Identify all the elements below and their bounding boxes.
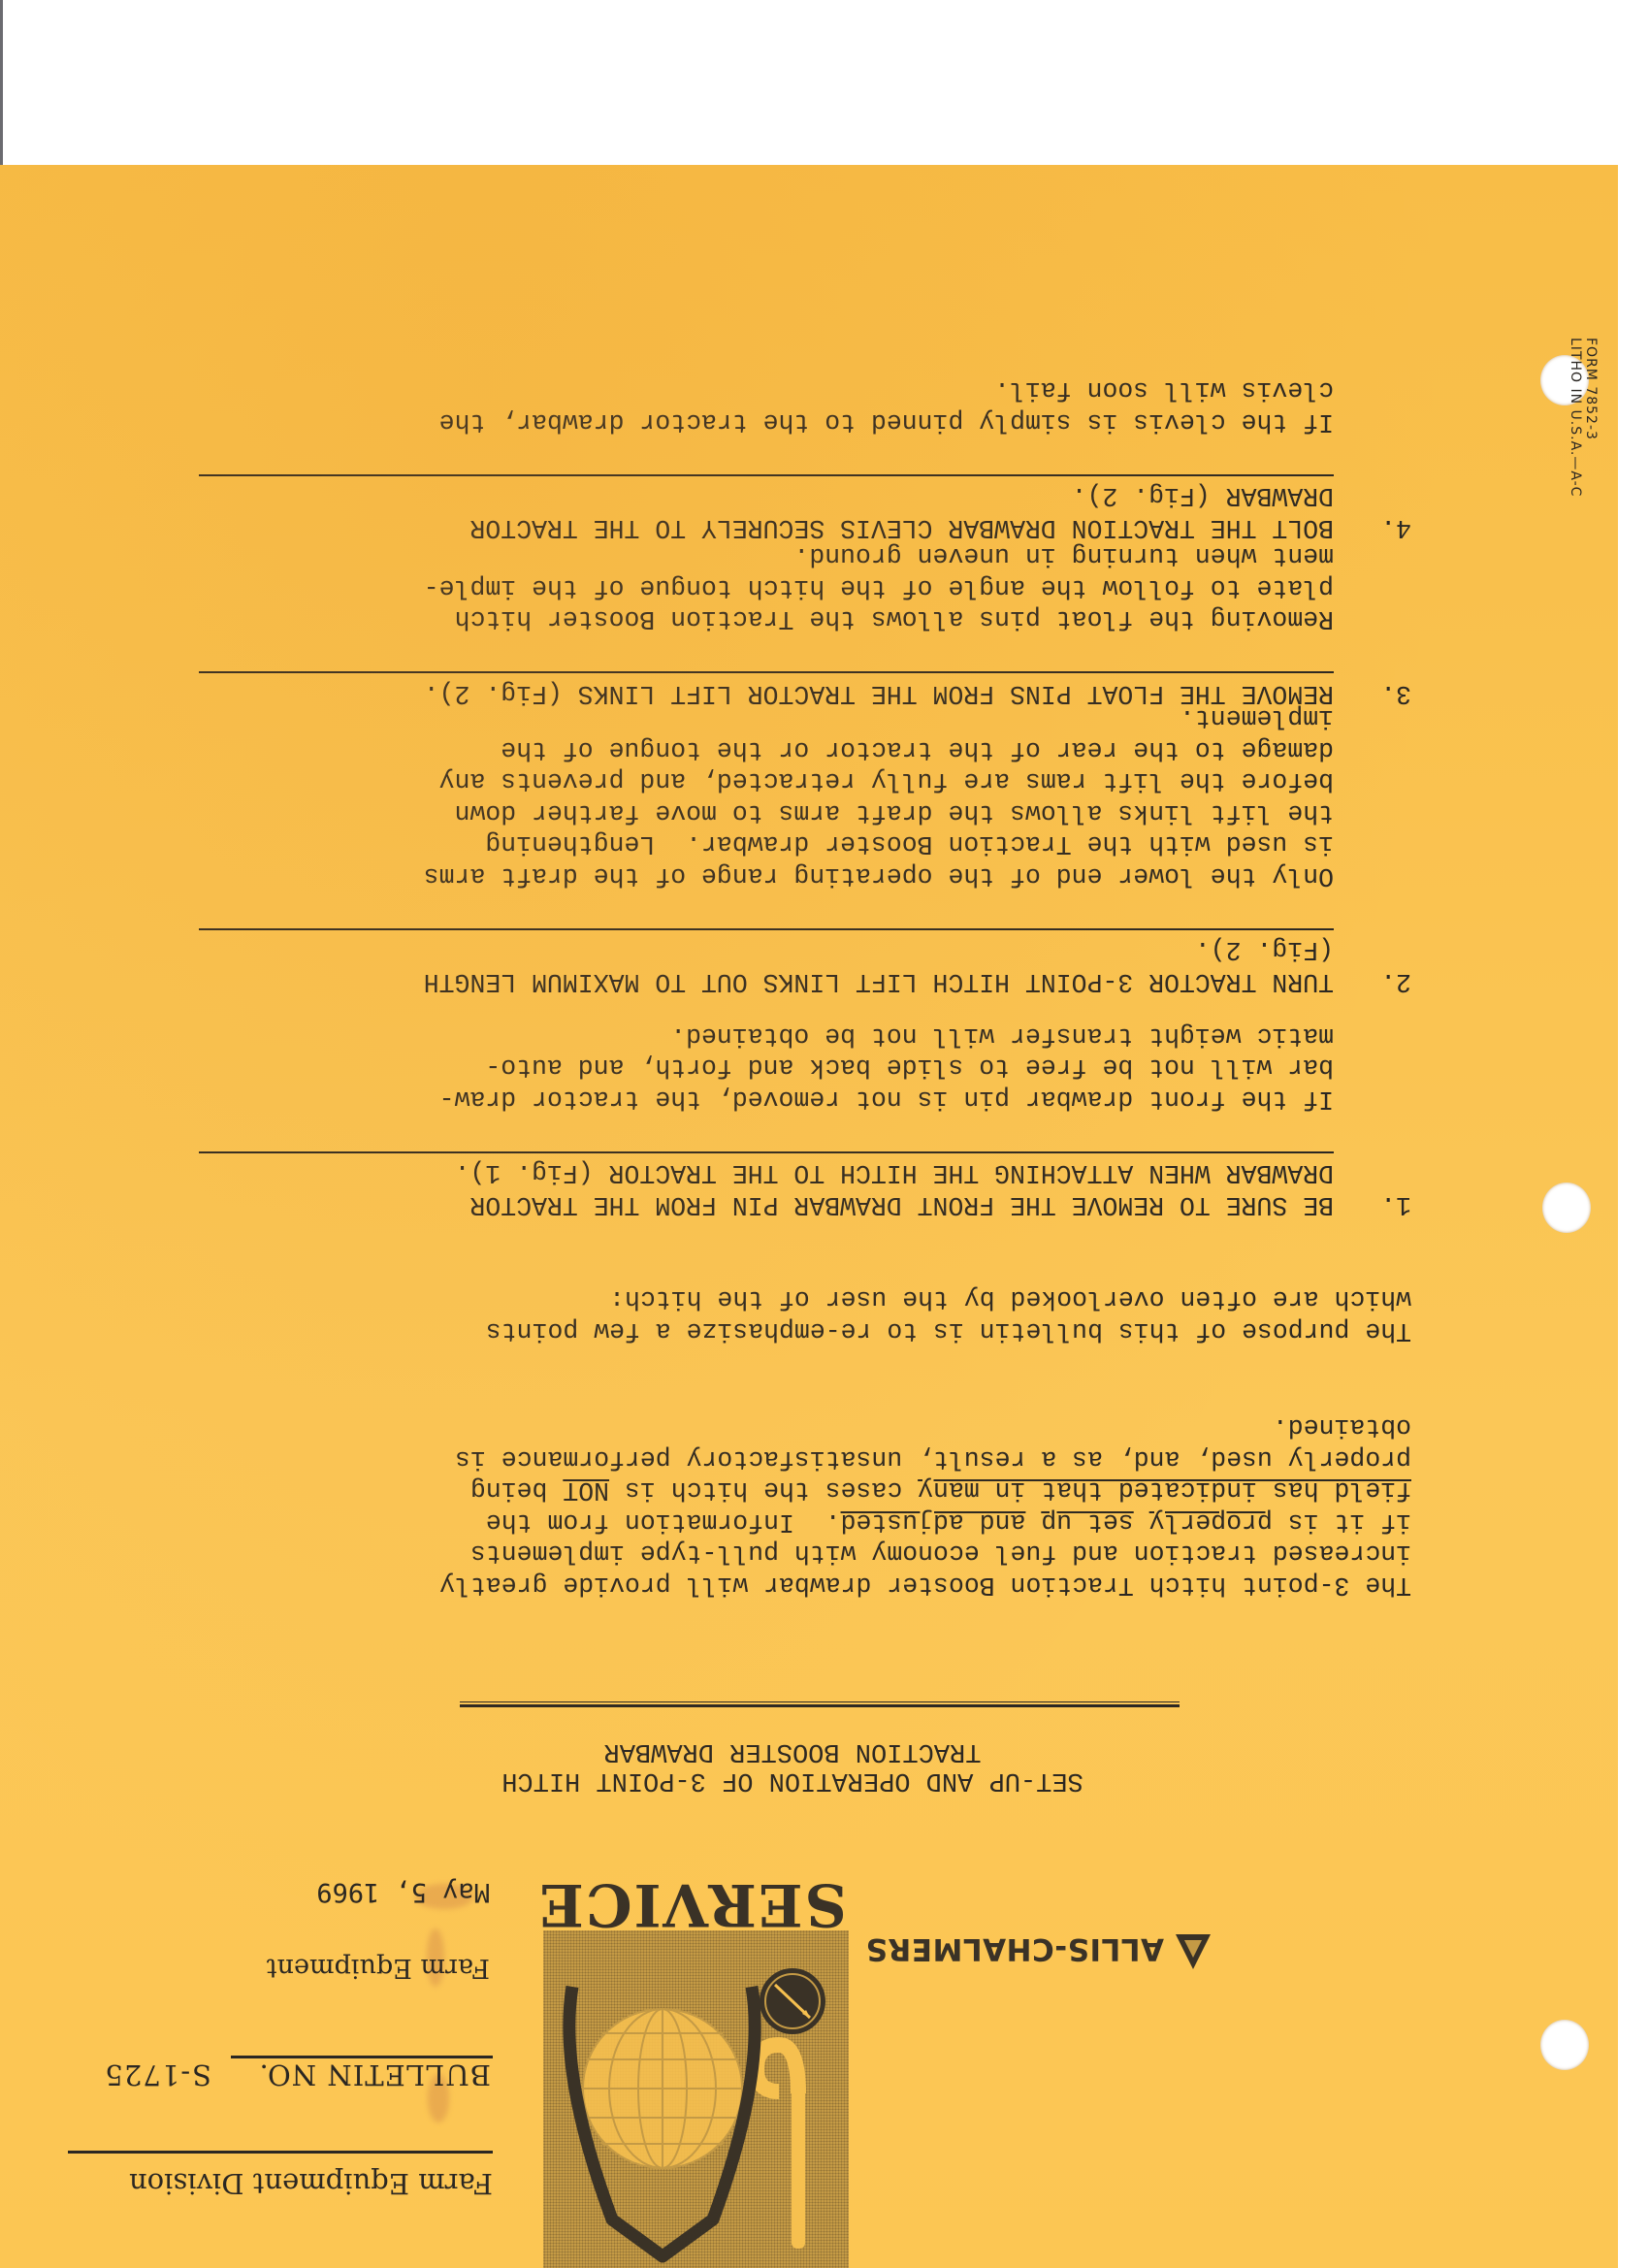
step-body-line: before the lift rams are fully retracted… [424,765,1334,797]
step-heading-line: (Fig. 2). [424,934,1334,966]
step-body-line: damage to the rear of the tractor or the… [424,734,1334,766]
step-body-line: bar will not be free to slide back and f… [439,1052,1334,1084]
step-heading-rule [199,928,1334,930]
bulletin-date: May 5, 1969 [316,1877,490,1907]
step-body-line: clevis will soon fail. [439,374,1334,406]
step-body: If the front drawbar pin is not removed,… [439,1021,1334,1116]
step-number: 4. [1380,512,1411,544]
form-number: FORM 7852-3 [1583,338,1599,497]
step-body-line: ment when turning in uneven ground. [424,540,1334,572]
step-body: Removing the float pins allows the Tract… [424,540,1334,635]
step-body-line: If the front drawbar pin is not removed,… [439,1084,1334,1116]
bulletin-title: SET-UP AND OPERATION OF 3-POINT HITCH TR… [419,1736,1166,1795]
step-heading-rule [199,672,1334,674]
step-body-line: the lift links allows the draft arms to … [424,797,1334,829]
step-heading: REMOVE THE FLOAT PINS FROM THE TRACTOR L… [424,678,1334,710]
punch-hole [1540,2020,1589,2070]
punch-hole [1542,1183,1591,1233]
intro-line: field has indicated that in many cases t… [179,1474,1411,1507]
service-wordmark: SERVICE [538,1876,847,1932]
intro-paragraph: The 3-point hitch Traction Booster drawb… [179,1411,1411,1601]
step-heading-line: BE SURE TO REMOVE THE FRONT DRAWBAR PIN … [455,1189,1334,1221]
step-body-line: is used with the Traction Booster drawba… [424,828,1334,860]
division-name: Farm Equipment Division [129,2167,493,2200]
step-heading-line: REMOVE THE FLOAT PINS FROM THE TRACTOR L… [424,678,1334,710]
step-heading-rule [199,1151,1334,1153]
litho-note: LITHO IN U.S.A.—A-C [1568,338,1583,497]
intro-line: increased traction and fuel economy with… [179,1538,1411,1570]
intro-line: The 3-point hitch Traction Booster drawb… [179,1570,1411,1602]
intro-line: if it is properly set up and adjusted. I… [179,1507,1411,1539]
step-body-line: If the clevis is simply pinned to the tr… [439,406,1334,438]
purpose-line: which are often overlooked by the user o… [179,1283,1411,1315]
scanner-edge [0,0,3,167]
title-line: SET-UP AND OPERATION OF 3-POINT HITCH [419,1766,1166,1795]
step-heading-line: BOLT THE TRACTION DRAWBAR CLEVIS SECUREL… [469,512,1334,544]
bulletin-page: FORM 7852-3 LITHO IN U.S.A.—A-C [0,165,1618,2268]
form-number-note: FORM 7852-3 LITHO IN U.S.A.—A-C [1568,338,1599,497]
purpose-line: The purpose of this bulletin is to re-em… [179,1315,1411,1347]
step-number: 2. [1380,966,1411,998]
step-body-line: Only the lower end of the operating rang… [424,860,1334,892]
step-heading-line: DRAWBAR (Fig. 2). [469,480,1334,512]
title-line: TRACTION BOOSTER DRAWBAR [419,1736,1166,1766]
header-rule [231,2056,493,2058]
step-heading-line: DRAWBAR WHEN ATTACHING THE HITCH TO THE … [455,1157,1334,1189]
header-rule [68,2151,493,2154]
brand-name: ALLIS-CHALMERS [865,1932,1164,1967]
bulletin-label: BULLETIN NO. [259,2058,492,2091]
step-body: Only the lower end of the operating rang… [424,702,1334,891]
title-rule [460,1704,1180,1707]
step-body-line: Removing the float pins allows the Tract… [424,603,1334,635]
allis-chalmers-triangle-icon [1174,1928,1212,1971]
step-heading: BOLT THE TRACTION DRAWBAR CLEVIS SECUREL… [469,480,1334,543]
step-number: 3. [1380,678,1411,710]
step-heading: BE SURE TO REMOVE THE FRONT DRAWBAR PIN … [455,1157,1334,1220]
bulletin-number: S-1725 [104,2058,211,2091]
category-label: Farm Equipment [267,1953,490,1983]
allis-chalmers-logo: ALLIS-CHALMERS [865,1928,1212,1971]
step-heading-rule [199,474,1334,476]
intro-line: obtained. [179,1411,1411,1443]
service-emblem [543,1930,849,2268]
title-rule [460,1701,1180,1702]
step-body-line: matic weight transfer will not be obtain… [439,1021,1334,1053]
step-body: If the clevis is simply pinned to the tr… [439,374,1334,437]
step-heading: TURN TRACTOR 3-POINT HITCH LIFT LINKS OU… [424,934,1334,997]
step-number: 1. [1380,1189,1411,1221]
step-body-line: plate to follow the angle of the hitch t… [424,572,1334,604]
globe-shield-icon [543,1930,849,2268]
purpose-paragraph: The purpose of this bulletin is to re-em… [179,1283,1411,1346]
step-heading-line: TURN TRACTOR 3-POINT HITCH LIFT LINKS OU… [424,966,1334,998]
intro-line: properly used, and, as a result, unsatis… [179,1443,1411,1475]
